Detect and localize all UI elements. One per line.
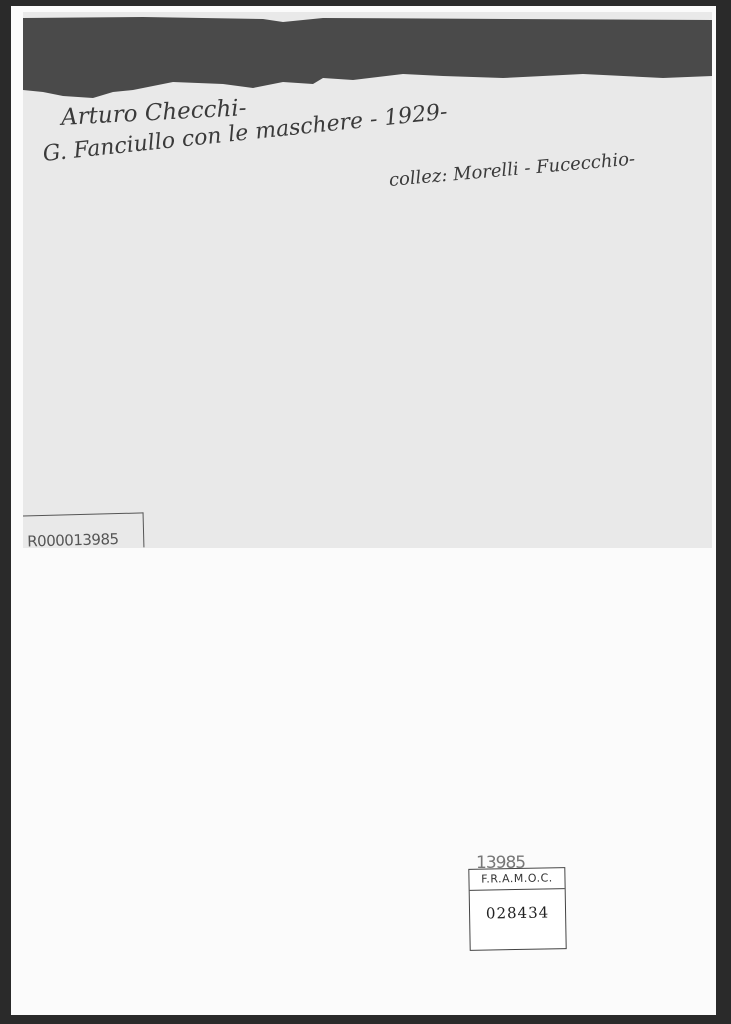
torn-paper-strip bbox=[23, 12, 712, 100]
photo-verso: Arturo Checchi- G. Fanciullo con le masc… bbox=[23, 12, 712, 548]
inventory-number: R000013985 bbox=[27, 530, 119, 548]
inventory-label: R000013985 bbox=[23, 512, 144, 548]
stamp-header: F.R.A.M.O.C. bbox=[469, 868, 564, 891]
stamp-code: 028434 bbox=[470, 903, 565, 923]
handwritten-collection: collez: Morelli - Fucecchio- bbox=[388, 149, 636, 191]
framoc-stamp: F.R.A.M.O.C. 028434 bbox=[468, 867, 566, 951]
